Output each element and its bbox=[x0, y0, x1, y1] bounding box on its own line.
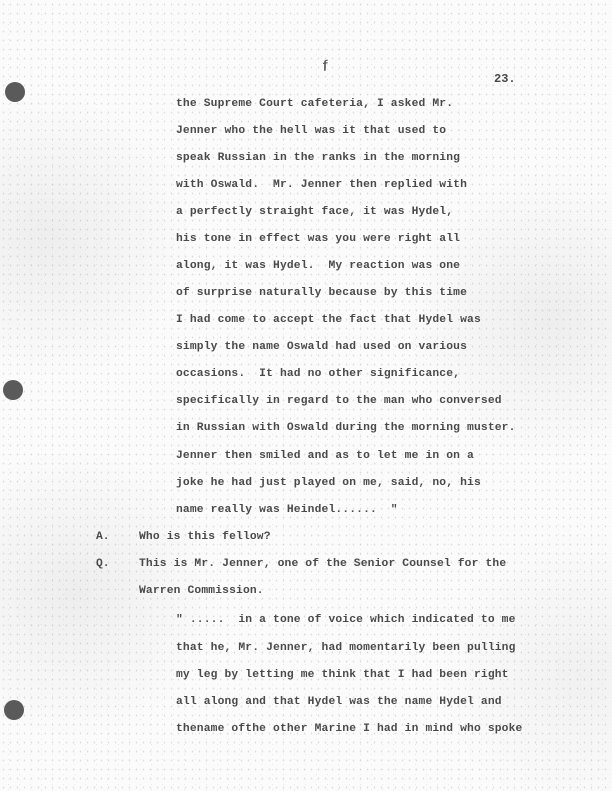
text-line: joke he had just played on me, said, no,… bbox=[176, 476, 481, 490]
text-line: speak Russian in the ranks in the mornin… bbox=[176, 151, 460, 165]
text-line: thename ofthe other Marine I had in mind… bbox=[176, 722, 522, 736]
top-mark: ƒ bbox=[321, 57, 331, 72]
qa-answer: Who is this fellow? bbox=[139, 530, 271, 544]
text-line: Jenner who the hell was it that used to bbox=[176, 124, 446, 138]
punch-hole-bottom bbox=[4, 700, 24, 720]
text-line: with Oswald. Mr. Jenner then replied wit… bbox=[176, 178, 467, 192]
text-line: my leg by letting me think that I had be… bbox=[176, 668, 509, 682]
text-line: occasions. It had no other significance, bbox=[176, 367, 460, 381]
text-line: that he, Mr. Jenner, had momentarily bee… bbox=[176, 641, 516, 655]
text-line: the Supreme Court cafeteria, I asked Mr. bbox=[176, 97, 453, 111]
text-line: of surprise naturally because by this ti… bbox=[176, 286, 467, 300]
text-line: I had come to accept the fact that Hydel… bbox=[176, 313, 481, 327]
document-page: ƒ 23. the Supreme Court cafeteria, I ask… bbox=[0, 0, 612, 791]
text-line: in Russian with Oswald during the mornin… bbox=[176, 421, 516, 435]
text-line: his tone in effect was you were right al… bbox=[176, 232, 460, 246]
qa-label-q: Q. bbox=[96, 557, 110, 571]
punch-hole-middle bbox=[3, 380, 23, 400]
qa-label-a: A. bbox=[96, 530, 110, 544]
text-line: along, it was Hydel. My reaction was one bbox=[176, 259, 460, 273]
text-line: all along and that Hydel was the name Hy… bbox=[176, 695, 502, 709]
text-line: " ..... in a tone of voice which indicat… bbox=[176, 613, 516, 627]
text-line: simply the name Oswald had used on vario… bbox=[176, 340, 467, 354]
text-line: specifically in regard to the man who co… bbox=[176, 394, 502, 408]
text-line: name really was Heindel...... " bbox=[176, 503, 398, 517]
text-line: a perfectly straight face, it was Hydel, bbox=[176, 205, 453, 219]
text-line: Jenner then smiled and as to let me in o… bbox=[176, 449, 474, 463]
page-number: 23. bbox=[494, 72, 516, 86]
punch-hole-top bbox=[5, 82, 25, 102]
qa-continuation: Warren Commission. bbox=[139, 584, 264, 598]
qa-question: This is Mr. Jenner, one of the Senior Co… bbox=[139, 557, 506, 571]
